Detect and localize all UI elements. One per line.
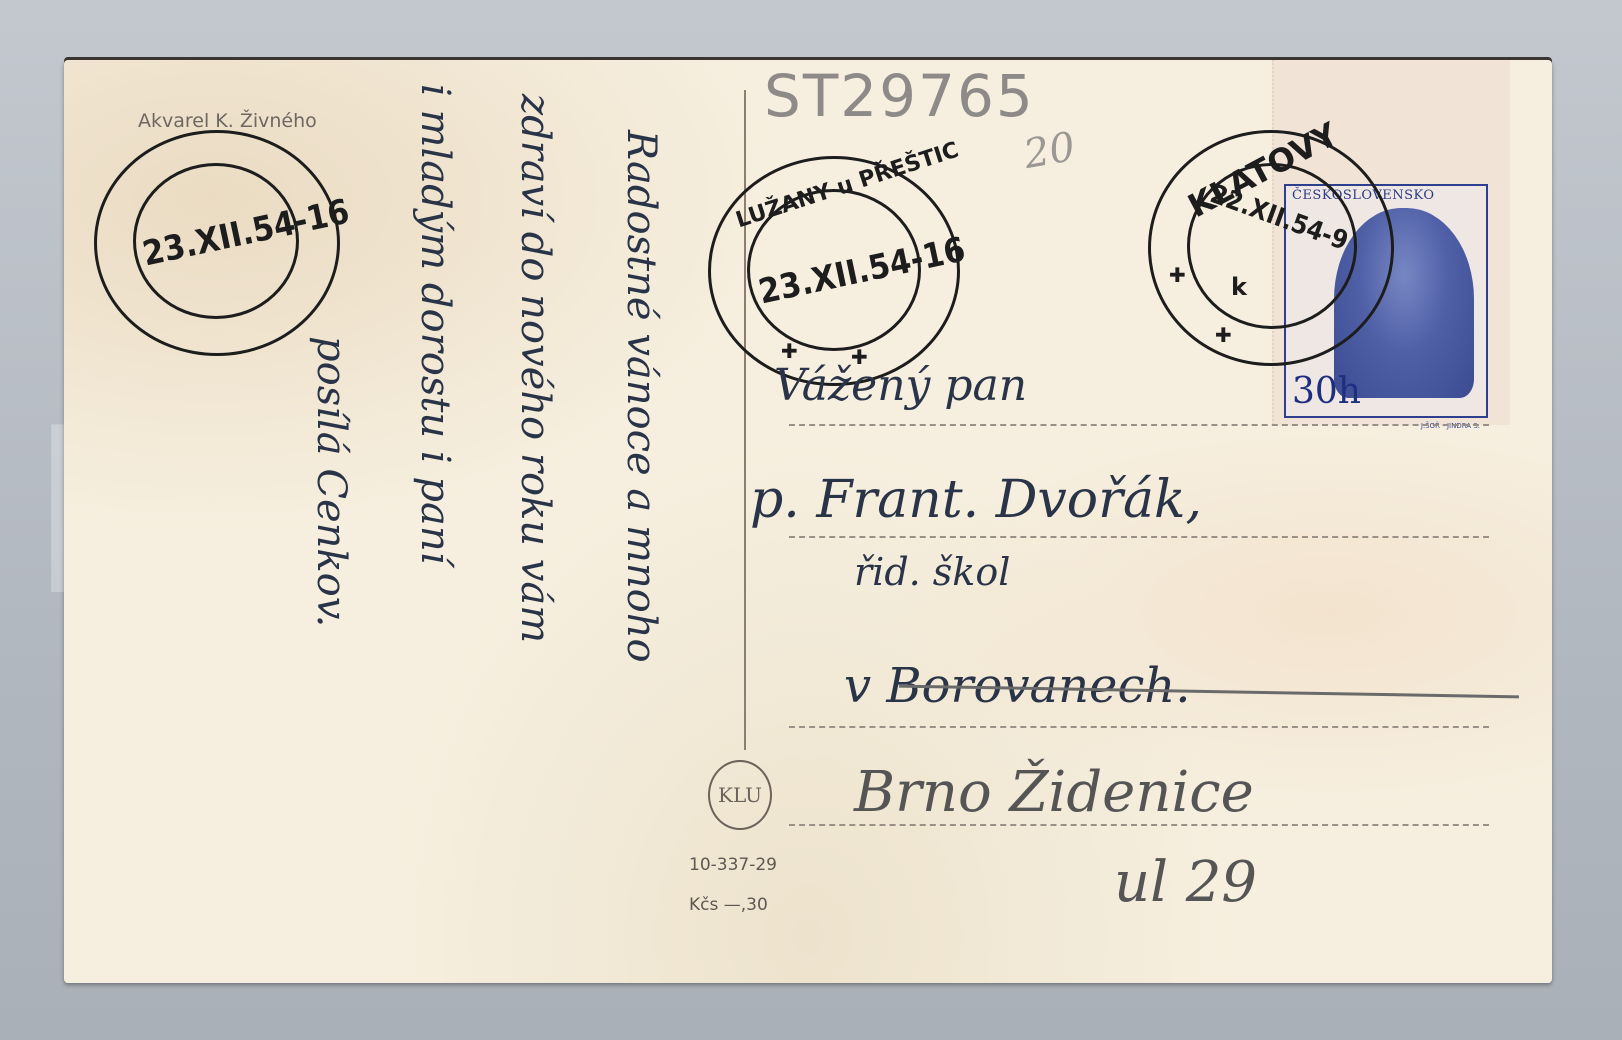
printed-price: Kčs —,30 (689, 895, 768, 915)
address-salutation: Vážený pan (774, 360, 1027, 411)
message-line-2: zdraví do nového roku vám (512, 94, 558, 643)
postmark-right: KLATOVY 22.XII.54-9 k ✚ ✚ (1148, 130, 1394, 366)
message-line-1: Radostné vánoce a mnoho (618, 130, 664, 663)
address-line (789, 726, 1489, 728)
address-title: řid. škol (854, 550, 1010, 594)
postmark-code: k (1231, 273, 1247, 301)
catalog-code: 10-337-29 (689, 855, 777, 875)
artist-caption: Akvarel K. Živného (138, 110, 317, 132)
message-line-4: posílá Cenkov. (308, 336, 354, 627)
pencil-price-note: 20 (1020, 124, 1078, 178)
address-redirect-town: Brno Židenice (854, 760, 1254, 825)
address-line (789, 424, 1489, 426)
address-line (789, 536, 1489, 538)
pencil-inventory-number: ST29765 (764, 62, 1035, 130)
message-line-3: i mladým dorostu i paní (412, 84, 458, 564)
stamp-value: 30h (1292, 371, 1361, 412)
address-redirect-street: ul 29 (1114, 850, 1257, 915)
postcard: Akvarel K. Živného ST29765 20 23.XII.54-… (64, 60, 1552, 983)
postmark-left: 23.XII.54-16 (94, 130, 340, 356)
address-name: p. Frant. Dvořák, (750, 470, 1202, 530)
postmark-center: LUŽANY u PŘEŠTIC 23.XII.54-16 ✚ ✚ (708, 156, 960, 386)
publisher-logo: KLU (708, 760, 772, 830)
